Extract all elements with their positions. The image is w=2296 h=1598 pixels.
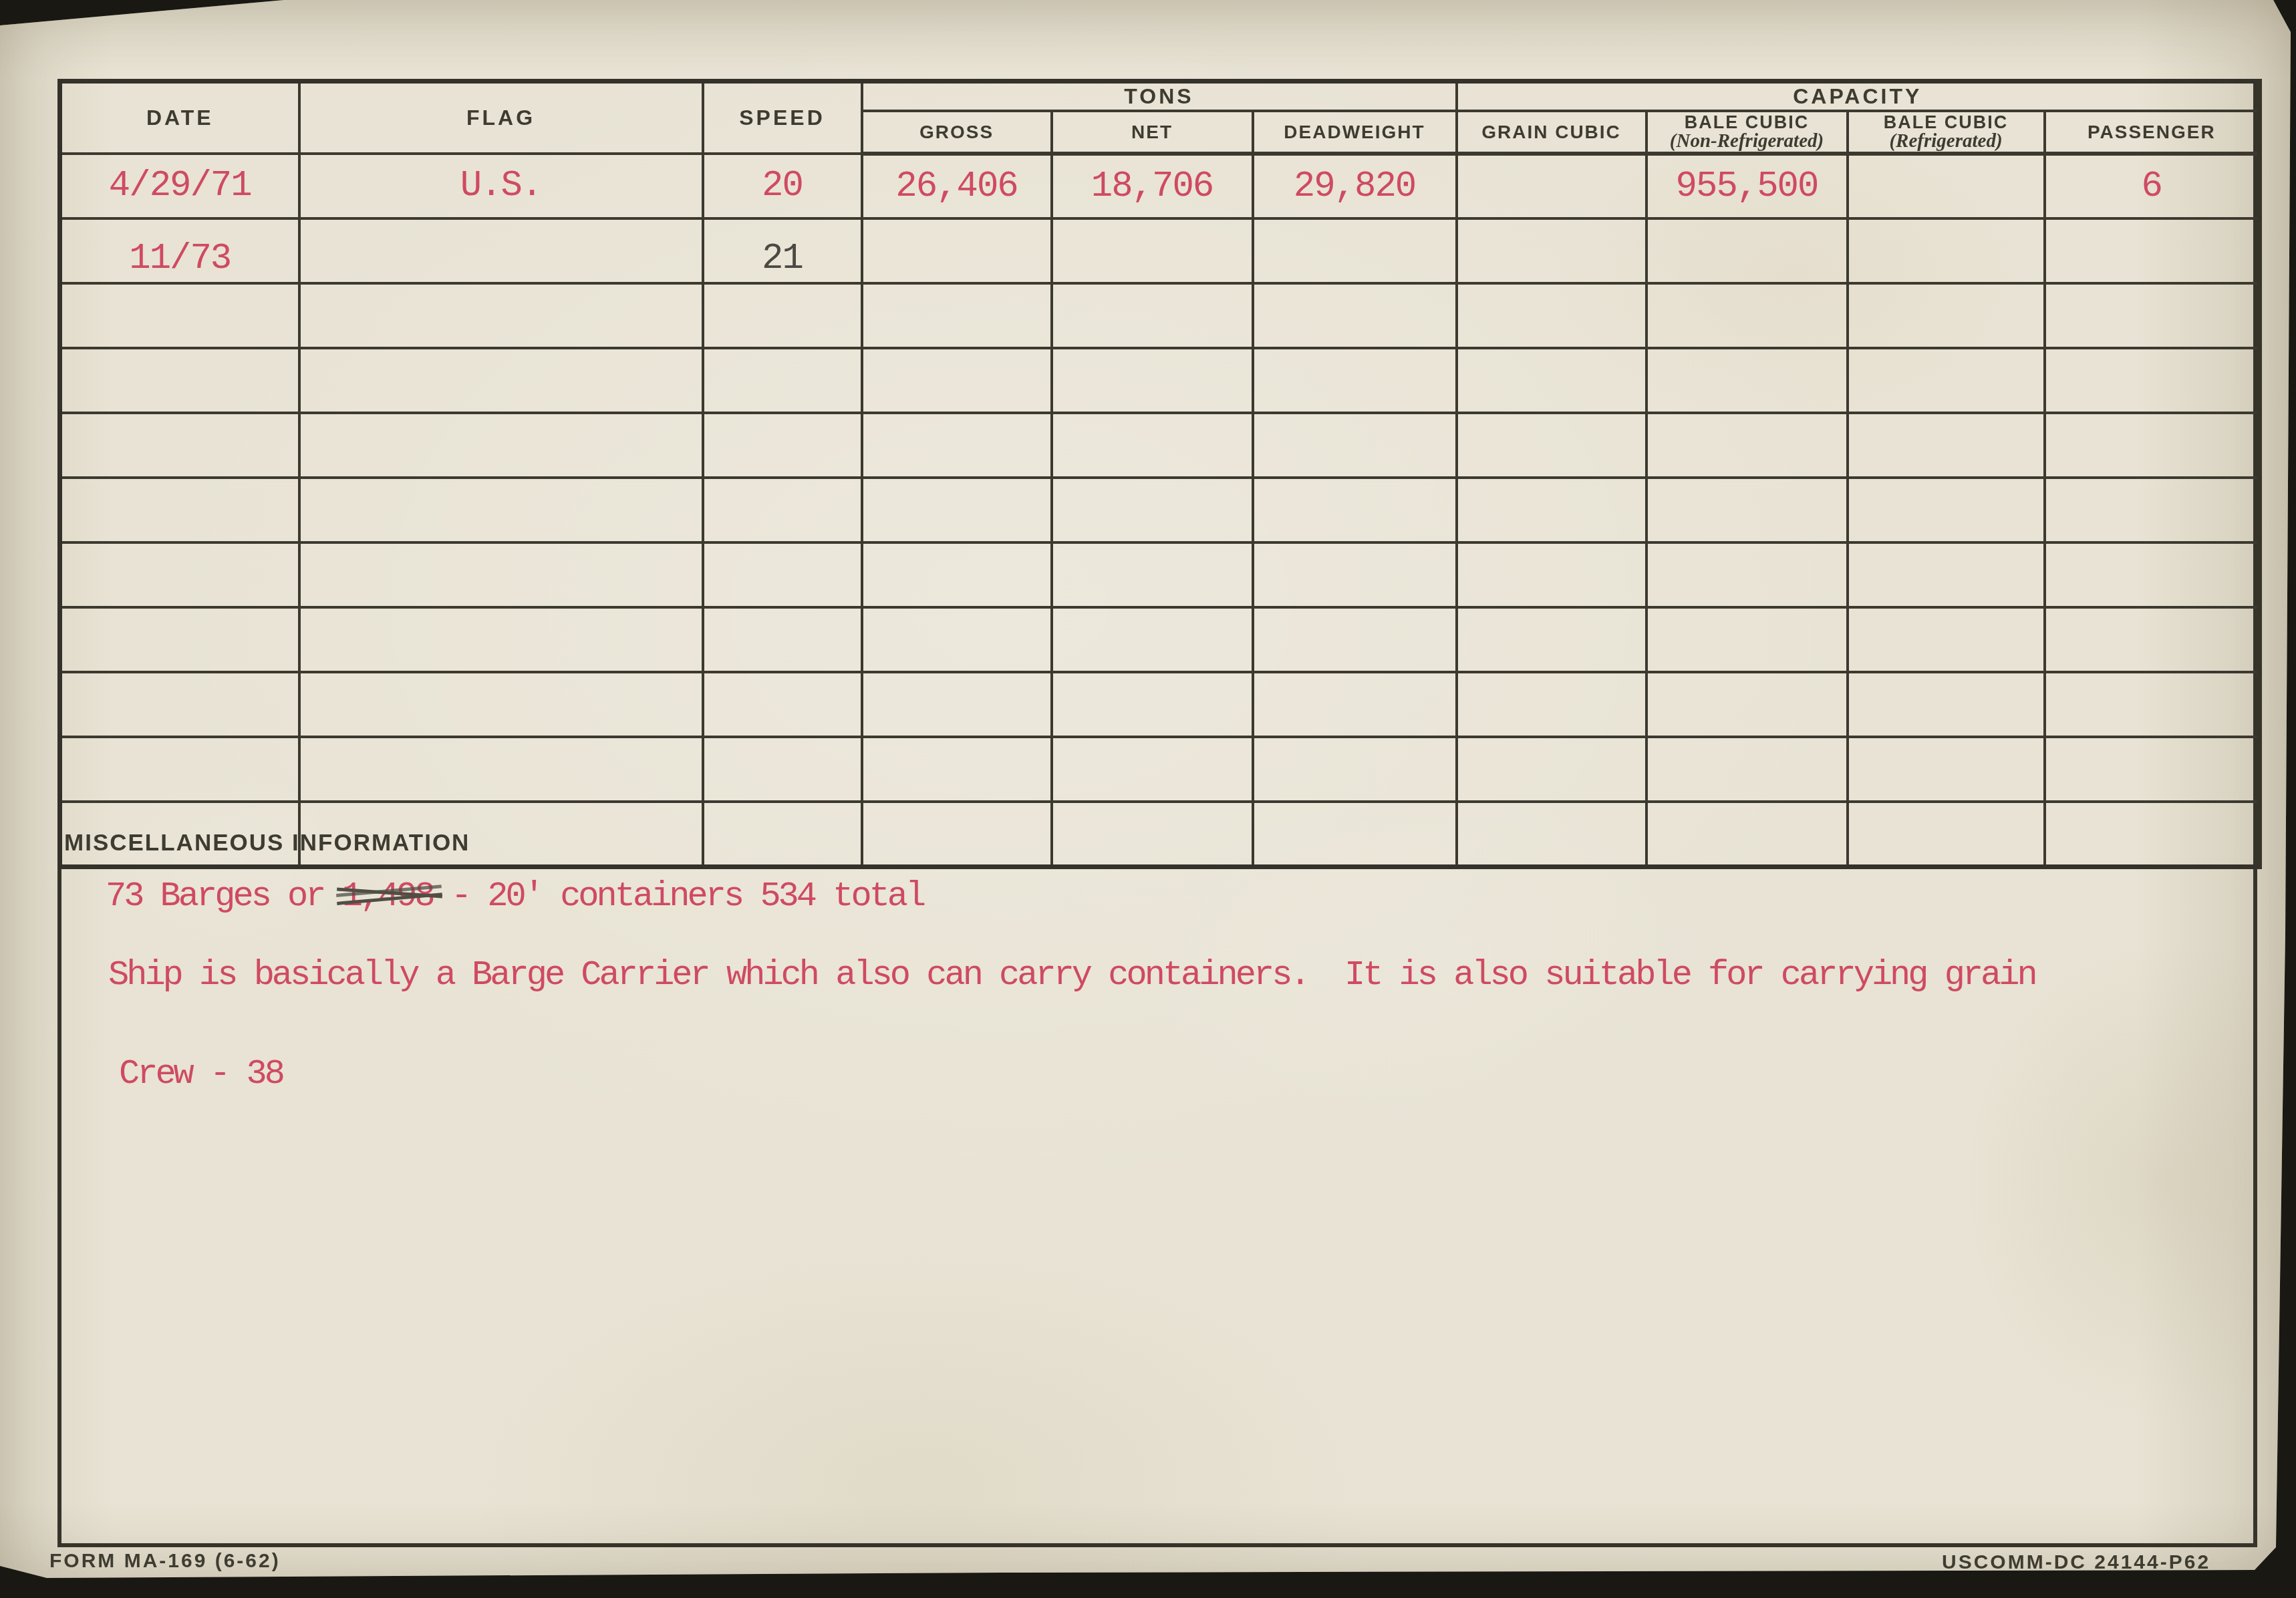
empty-cell (2045, 413, 2260, 478)
empty-cell (60, 542, 299, 607)
empty-cell (1457, 542, 1646, 607)
empty-cell (2045, 542, 2260, 607)
table-row (60, 478, 2260, 542)
empty-cell (1253, 542, 1457, 607)
empty-cell (1457, 283, 1646, 348)
empty-cell (703, 802, 862, 866)
empty-cell (1253, 218, 1457, 283)
cell-gross: 26,406 (862, 154, 1052, 218)
empty-cell (1052, 672, 1253, 737)
empty-cell (1253, 478, 1457, 542)
empty-cell (1052, 478, 1253, 542)
empty-cell (2045, 672, 2260, 737)
empty-cell (862, 737, 1052, 802)
table-row (60, 672, 2260, 737)
empty-cell (2045, 607, 2260, 672)
cell-bale-cubic-nonref: 955,500 (1646, 154, 1848, 218)
empty-cell (1253, 737, 1457, 802)
empty-cell (299, 348, 703, 413)
print-code-label: USCOMM-DC 24144-P62 (1942, 1551, 2210, 1574)
col-header-net: NET (1052, 111, 1253, 154)
empty-cell (1848, 218, 2045, 283)
empty-cell (60, 607, 299, 672)
empty-cell (703, 283, 862, 348)
empty-cell (60, 672, 299, 737)
empty-cell (1646, 672, 1848, 737)
empty-cell (862, 607, 1052, 672)
empty-cell (862, 478, 1052, 542)
empty-cell (60, 413, 299, 478)
empty-cell (1457, 607, 1646, 672)
empty-cell (1457, 478, 1646, 542)
empty-cell (1052, 542, 1253, 607)
empty-cell (703, 348, 862, 413)
empty-cell (1848, 672, 2045, 737)
table-row: 11/73 21 (60, 218, 2260, 283)
empty-cell (1646, 348, 1848, 413)
empty-cell (299, 283, 703, 348)
table-row (60, 413, 2260, 478)
empty-cell (1457, 413, 1646, 478)
empty-cell (1253, 802, 1457, 866)
table-row (60, 348, 2260, 413)
empty-cell (2045, 478, 2260, 542)
table-row (60, 542, 2260, 607)
empty-cell (1052, 348, 1253, 413)
empty-cell (862, 802, 1052, 866)
empty-cell (1848, 413, 2045, 478)
empty-cell (2045, 218, 2260, 283)
empty-cell (1646, 218, 1848, 283)
empty-cell (1848, 542, 2045, 607)
col-header-passenger: PASSENGER (2045, 111, 2260, 154)
cell-bale-cubic-ref (1848, 154, 2045, 218)
empty-cell (2045, 737, 2260, 802)
empty-cell (862, 283, 1052, 348)
ship-data-table: DATE FLAG SPEED TONS CAPACITY GROSS NET … (57, 79, 2262, 869)
empty-cell (2045, 348, 2260, 413)
empty-cell (2045, 283, 2260, 348)
col-header-grain-cubic: GRAIN CUBIC (1457, 111, 1646, 154)
cell-speed: 20 (703, 154, 862, 218)
empty-cell (1457, 737, 1646, 802)
table-row (60, 737, 2260, 802)
table-header-group-row: DATE FLAG SPEED TONS CAPACITY (60, 82, 2260, 112)
empty-cell (862, 413, 1052, 478)
col-header-deadweight: DEADWEIGHT (1253, 111, 1457, 154)
misc-line-barges-prefix: 73 Barges or (106, 876, 342, 916)
empty-cell (703, 478, 862, 542)
empty-cell (1646, 283, 1848, 348)
table-row: 4/29/71 U.S. 20 26,406 18,706 29,820 955… (60, 154, 2260, 218)
empty-cell (1646, 542, 1848, 607)
misc-line-barges-struck-value: 1,498 (342, 876, 433, 916)
col-header-bale-cubic-ref: BALE CUBIC (Refrigerated) (1848, 111, 2045, 154)
empty-cell (703, 607, 862, 672)
col-group-capacity: CAPACITY (1457, 82, 2260, 112)
empty-cell (1646, 607, 1848, 672)
empty-cell (862, 542, 1052, 607)
empty-cell (1052, 802, 1253, 866)
empty-cell (299, 478, 703, 542)
cell-date: 4/29/71 (60, 154, 299, 218)
empty-cell (1646, 737, 1848, 802)
empty-cell (1848, 283, 2045, 348)
empty-cell (1052, 413, 1253, 478)
empty-cell (60, 348, 299, 413)
empty-cell (1848, 478, 2045, 542)
empty-cell (862, 218, 1052, 283)
cell-speed: 21 (703, 218, 862, 283)
paper-sheet: DATE FLAG SPEED TONS CAPACITY GROSS NET … (0, 0, 2296, 1598)
empty-cell (1052, 737, 1253, 802)
empty-cell (1052, 283, 1253, 348)
cell-date: 11/73 (60, 218, 299, 283)
empty-cell (703, 672, 862, 737)
cell-flag (299, 218, 703, 283)
cell-flag: U.S. (299, 154, 703, 218)
misc-line-ship-description: Ship is basically a Barge Carrier which … (108, 955, 2035, 995)
col-header-bale-cubic-nonref: BALE CUBIC (Non-Refrigerated) (1646, 111, 1848, 154)
empty-cell (60, 737, 299, 802)
col-header-bale-cubic-nonref-title: BALE CUBIC (1648, 113, 1846, 132)
empty-cell (299, 737, 703, 802)
empty-cell (703, 737, 862, 802)
col-header-date: DATE (60, 82, 299, 154)
empty-cell (1457, 348, 1646, 413)
empty-cell (1457, 672, 1646, 737)
col-header-gross: GROSS (862, 111, 1052, 154)
col-header-bale-cubic-ref-subtitle: (Refrigerated) (1850, 132, 2043, 151)
misc-line-barges: 73 Barges or 1,498 - 20' containers 534 … (106, 876, 923, 916)
table-row (60, 283, 2260, 348)
empty-cell (862, 348, 1052, 413)
empty-cell (703, 542, 862, 607)
empty-cell (60, 478, 299, 542)
empty-cell (1253, 672, 1457, 737)
col-header-bale-cubic-ref-title: BALE CUBIC (1850, 113, 2043, 132)
empty-cell (1848, 737, 2045, 802)
form-number-label: FORM MA-169 (6-62) (49, 1550, 281, 1573)
cell-deadweight: 29,820 (1253, 154, 1457, 218)
empty-cell (1253, 413, 1457, 478)
empty-cell (1052, 607, 1253, 672)
empty-cell (299, 542, 703, 607)
empty-cell (299, 413, 703, 478)
empty-cell (299, 607, 703, 672)
empty-cell (862, 672, 1052, 737)
col-header-speed: SPEED (703, 82, 862, 154)
empty-cell (1848, 348, 2045, 413)
col-group-tons: TONS (862, 82, 1457, 112)
empty-cell (1052, 218, 1253, 283)
empty-cell (299, 672, 703, 737)
empty-cell (703, 413, 862, 478)
cell-net: 18,706 (1052, 154, 1253, 218)
col-header-bale-cubic-nonref-subtitle: (Non-Refrigerated) (1648, 132, 1846, 151)
empty-cell (2045, 802, 2260, 866)
empty-cell (1253, 607, 1457, 672)
empty-cell (1646, 478, 1848, 542)
empty-cell (1646, 802, 1848, 866)
cell-grain-cubic (1457, 154, 1646, 218)
empty-cell (1848, 802, 2045, 866)
empty-cell (1457, 802, 1646, 866)
empty-cell (1646, 413, 1848, 478)
table-row (60, 607, 2260, 672)
empty-cell (1457, 218, 1646, 283)
cell-passenger: 6 (2045, 154, 2260, 218)
empty-cell (1253, 348, 1457, 413)
col-header-flag: FLAG (299, 82, 703, 154)
empty-cell (1253, 283, 1457, 348)
miscellaneous-information-label: MISCELLANEOUS INFORMATION (64, 830, 470, 856)
misc-line-crew: Crew - 38 (119, 1054, 283, 1094)
empty-cell (60, 283, 299, 348)
empty-cell (1848, 607, 2045, 672)
misc-line-barges-suffix: - 20' containers 534 total (433, 876, 924, 916)
